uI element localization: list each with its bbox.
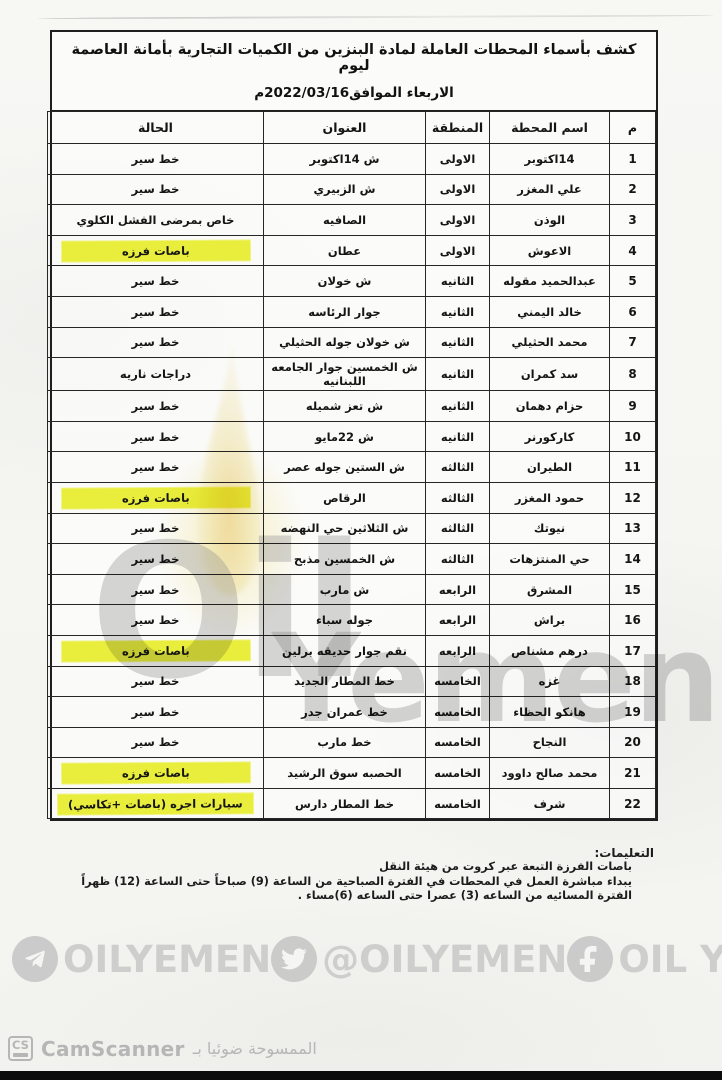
document-title-box: كشف بأسماء المحطات العاملة لمادة البنزين… [52, 32, 656, 111]
station-status-cell: خط سير [48, 697, 264, 728]
station-status-cell: خط سير [48, 666, 264, 697]
table-row: 8 سد كمران الثانيه ش الخمسين جوار الجامع… [48, 358, 656, 391]
station-status-cell: خط سير [48, 544, 264, 575]
station-table-body: 1 14اكتوبر الاولى ش 14اكتوبر خط سير 2 عل… [48, 144, 656, 819]
station-status-cell: خط سير [48, 574, 264, 605]
station-name-cell: حي المنتزهات [490, 544, 610, 575]
station-address-cell: عطان [264, 235, 426, 266]
table-row: 7 محمد الحثيلي الثانيه ش خولان جوله الحث… [48, 327, 656, 358]
station-name-cell: حزام دهمان [490, 391, 610, 422]
station-number-cell: 11 [610, 452, 656, 483]
social-handle: OIL YEMEN Y [618, 938, 722, 981]
station-number-cell: 13 [610, 513, 656, 544]
station-status-cell: خط سير [48, 296, 264, 327]
station-region-cell: الخامسه [426, 697, 490, 728]
station-address-cell: الحصبه سوق الرشيد [264, 758, 426, 789]
station-address-cell: خط المطار دارس [264, 788, 426, 819]
table-row: 11 الطيران الثالثه ش الستين جوله عصر خط … [48, 452, 656, 483]
table-row: 5 عبدالحميد مقوله الثانيه ش خولان خط سير [48, 266, 656, 297]
col-header-address: العنوان [264, 112, 426, 144]
station-status-cell: باصات فرزه [48, 235, 264, 266]
table-row: 1 14اكتوبر الاولى ش 14اكتوبر خط سير [48, 144, 656, 175]
station-status-cell: خاص بمرضى الفشل الكلوي [48, 205, 264, 236]
camscanner-arabic-text: الممسوحة ضوئيا بـ [193, 1039, 317, 1058]
scanned-page: كشف بأسماء المحطات العاملة لمادة البنزين… [0, 0, 722, 1080]
station-number-cell: 6 [610, 296, 656, 327]
bottom-black-bar [0, 1071, 722, 1080]
station-address-cell: ش الثلاثين حي النهضه [264, 513, 426, 544]
station-name-cell: محمد صالح داوود [490, 758, 610, 789]
station-address-cell: خط المطار الجديد [264, 666, 426, 697]
station-address-cell: خط عمران جدر [264, 697, 426, 728]
station-number-cell: 3 [610, 205, 656, 236]
station-region-cell: الثالثه [426, 513, 490, 544]
social-item-telegram: OILYEMEN [12, 936, 271, 982]
station-number-cell: 21 [610, 758, 656, 789]
station-name-cell: النجاح [490, 727, 610, 758]
station-number-cell: 4 [610, 235, 656, 266]
station-number-cell: 7 [610, 327, 656, 358]
station-region-cell: الخامسه [426, 758, 490, 789]
station-status-cell: خط سير [48, 174, 264, 205]
station-region-cell: الثانيه [426, 421, 490, 452]
col-header-name: اسم المحطة [490, 112, 610, 144]
station-address-cell: الصافيه [264, 205, 426, 236]
instruction-item: يبداء مباشرة العمل في المحطات في الفترة … [0, 875, 654, 890]
station-name-cell: خالد اليمني [490, 296, 610, 327]
station-name-cell: كاركورنر [490, 421, 610, 452]
station-region-cell: الثانيه [426, 327, 490, 358]
station-name-cell: المشرق [490, 574, 610, 605]
station-status-cell: سيارات اجره (باصات +تكاسي) [48, 788, 264, 819]
station-address-cell: ش خولان [264, 266, 426, 297]
station-region-cell: الاولى [426, 205, 490, 236]
station-status-cell: خط سير [48, 421, 264, 452]
station-region-cell: الرابعه [426, 605, 490, 636]
station-region-cell: الاولى [426, 144, 490, 175]
station-name-cell: 14اكتوبر [490, 144, 610, 175]
station-name-cell: نيوتك [490, 513, 610, 544]
table-row: 4 الاعوش الاولى عطان باصات فرزه [48, 235, 656, 266]
station-region-cell: الثانيه [426, 358, 490, 391]
social-handle: @OILYEMEN [322, 938, 567, 981]
station-name-cell: درهم مشناص [490, 635, 610, 666]
station-region-cell: الثانيه [426, 266, 490, 297]
table-row: 13 نيوتك الثالثه ش الثلاثين حي النهضه خط… [48, 513, 656, 544]
station-number-cell: 14 [610, 544, 656, 575]
camscanner-icon: CS [8, 1036, 33, 1061]
station-name-cell: الطيران [490, 452, 610, 483]
station-address-cell: نقم جوار حديقه برلين [264, 635, 426, 666]
station-region-cell: الثالثه [426, 544, 490, 575]
station-region-cell: الاولى [426, 174, 490, 205]
instruction-item: باصات الفرزة التبعة عبر كروت من هيئة الن… [0, 860, 654, 875]
station-address-cell: ش تعز شميله [264, 391, 426, 422]
station-status-cell: باصات فرزه [48, 482, 264, 513]
station-name-cell: براش [490, 605, 610, 636]
station-address-cell: ش الزبيري [264, 174, 426, 205]
station-address-cell: جوله سباء [264, 605, 426, 636]
station-status-cell: خط سير [48, 391, 264, 422]
station-address-cell: ش الخمسين جوار الجامعه اللبنانيه [264, 358, 426, 391]
instructions-section: التعليمات: باصات الفرزة التبعة عبر كروت … [0, 846, 722, 904]
station-number-cell: 1 [610, 144, 656, 175]
station-region-cell: الاولى [426, 235, 490, 266]
station-address-cell: ش خولان جوله الحثيلي [264, 327, 426, 358]
table-header-row: م اسم المحطة المنطقة العنوان الحالة [48, 112, 656, 144]
station-address-cell: خط مارب [264, 727, 426, 758]
social-item-twitter: @OILYEMEN [271, 936, 567, 982]
station-status-cell: خط سير [48, 144, 264, 175]
station-name-cell: هانكو الحظاء [490, 697, 610, 728]
station-region-cell: الثانيه [426, 296, 490, 327]
table-row: 2 علي المغزر الاولى ش الزبيري خط سير [48, 174, 656, 205]
station-name-cell: عبدالحميد مقوله [490, 266, 610, 297]
station-region-cell: الثالثه [426, 482, 490, 513]
document-title: كشف بأسماء المحطات العاملة لمادة البنزين… [56, 42, 652, 74]
station-region-cell: الرابعه [426, 574, 490, 605]
station-name-cell: سد كمران [490, 358, 610, 391]
station-address-cell: الرقاص [264, 482, 426, 513]
station-number-cell: 19 [610, 697, 656, 728]
station-status-cell: خط سير [48, 266, 264, 297]
camscanner-logo-text: CS [12, 1040, 29, 1052]
station-status-cell: خط سير [48, 327, 264, 358]
station-number-cell: 10 [610, 421, 656, 452]
table-row: 15 المشرق الرابعه ش مارب خط سير [48, 574, 656, 605]
station-status-cell: خط سير [48, 727, 264, 758]
station-number-cell: 9 [610, 391, 656, 422]
table-row: 12 حمود المغزر الثالثه الرقاص باصات فرزه [48, 482, 656, 513]
camscanner-app-name: CamScanner [41, 1037, 185, 1061]
table-row: 22 شرف الخامسه خط المطار دارس سيارات اجر… [48, 788, 656, 819]
table-row: 18 غزه الخامسه خط المطار الجديد خط سير [48, 666, 656, 697]
social-item-facebook: OIL YEMEN Y [567, 936, 722, 982]
station-region-cell: الخامسه [426, 788, 490, 819]
station-name-cell: علي المغزر [490, 174, 610, 205]
document-date: الاربعاء الموافق2022/03/16م [56, 85, 652, 101]
station-number-cell: 5 [610, 266, 656, 297]
station-address-cell: ش الستين جوله عصر [264, 452, 426, 483]
table-row: 9 حزام دهمان الثانيه ش تعز شميله خط سير [48, 391, 656, 422]
station-status-cell: خط سير [48, 452, 264, 483]
station-name-cell: شرف [490, 788, 610, 819]
table-row: 20 النجاح الخامسه خط مارب خط سير [48, 727, 656, 758]
station-status-cell: خط سير [48, 605, 264, 636]
station-address-cell: ش 22مايو [264, 421, 426, 452]
station-status-cell: خط سير [48, 513, 264, 544]
station-name-cell: الوذن [490, 205, 610, 236]
table-row: 16 براش الرابعه جوله سباء خط سير [48, 605, 656, 636]
station-number-cell: 2 [610, 174, 656, 205]
station-address-cell: ش الخمسين مذبح [264, 544, 426, 575]
station-number-cell: 8 [610, 358, 656, 391]
instruction-item: الفترة المسائيه من الساعه (3) عصرا حتى ا… [0, 889, 654, 904]
instructions-heading: التعليمات: [0, 846, 654, 860]
table-row: 21 محمد صالح داوود الخامسه الحصبه سوق ال… [48, 758, 656, 789]
col-header-region: المنطقة [426, 112, 490, 144]
station-number-cell: 18 [610, 666, 656, 697]
station-region-cell: الرابعه [426, 635, 490, 666]
station-status-cell: باصات فرزه [48, 635, 264, 666]
station-number-cell: 15 [610, 574, 656, 605]
station-number-cell: 17 [610, 635, 656, 666]
facebook-icon [567, 936, 613, 982]
station-name-cell: الاعوش [490, 235, 610, 266]
stations-document: كشف بأسماء المحطات العاملة لمادة البنزين… [50, 30, 658, 821]
social-watermark-row: OILYEMEN @OILYEMEN OIL YEMEN Y [0, 930, 722, 988]
table-row: 10 كاركورنر الثانيه ش 22مايو خط سير [48, 421, 656, 452]
station-number-cell: 12 [610, 482, 656, 513]
station-name-cell: محمد الحثيلي [490, 327, 610, 358]
table-row: 19 هانكو الحظاء الخامسه خط عمران جدر خط … [48, 697, 656, 728]
social-handle: OILYEMEN [63, 938, 271, 981]
station-name-cell: غزه [490, 666, 610, 697]
table-row: 14 حي المنتزهات الثالثه ش الخمسين مذبح خ… [48, 544, 656, 575]
station-region-cell: الخامسه [426, 727, 490, 758]
station-region-cell: الخامسه [426, 666, 490, 697]
scan-edge-shadow [38, 15, 714, 20]
col-header-status: الحالة [48, 112, 264, 144]
station-number-cell: 20 [610, 727, 656, 758]
station-region-cell: الثانيه [426, 391, 490, 422]
stations-table: م اسم المحطة المنطقة العنوان الحالة 1 14… [47, 111, 656, 819]
station-address-cell: ش 14اكتوبر [264, 144, 426, 175]
table-row: 6 خالد اليمني الثانيه جوار الرئاسه خط سي… [48, 296, 656, 327]
station-status-cell: باصات فرزه [48, 758, 264, 789]
col-header-num: م [610, 112, 656, 144]
table-row: 17 درهم مشناص الرابعه نقم جوار حديقه برل… [48, 635, 656, 666]
station-address-cell: ش مارب [264, 574, 426, 605]
station-status-cell: دراجات ناريه [48, 358, 264, 391]
telegram-icon [12, 936, 58, 982]
table-row: 3 الوذن الاولى الصافيه خاص بمرضى الفشل ا… [48, 205, 656, 236]
station-address-cell: جوار الرئاسه [264, 296, 426, 327]
station-name-cell: حمود المغزر [490, 482, 610, 513]
twitter-icon [271, 936, 317, 982]
station-number-cell: 22 [610, 788, 656, 819]
station-number-cell: 16 [610, 605, 656, 636]
station-region-cell: الثالثه [426, 452, 490, 483]
camscanner-footer: CS CamScanner الممسوحة ضوئيا بـ [8, 1036, 317, 1061]
